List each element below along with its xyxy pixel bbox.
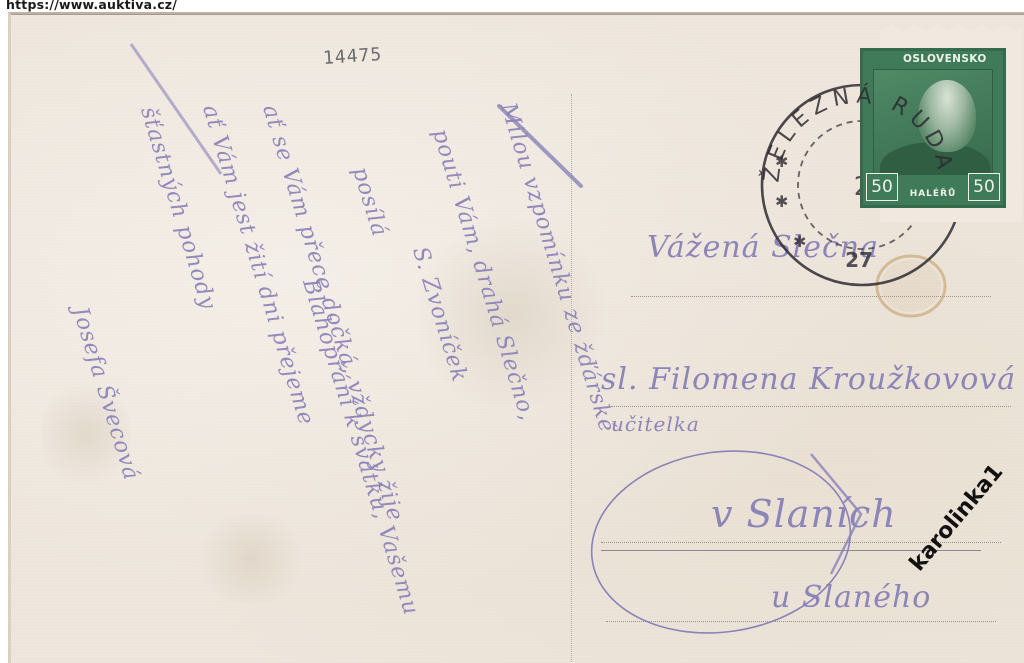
- svg-text:✱: ✱: [775, 192, 788, 211]
- svg-text:✱: ✱: [775, 152, 788, 171]
- svg-text:27: 27: [845, 248, 873, 272]
- stamp-value: 50: [968, 173, 1000, 201]
- svg-text:✱: ✱: [793, 232, 806, 251]
- source-url-label: https://www.auktiva.cz/: [6, 0, 177, 12]
- postmark-text: ŽELEZNÁ RUDA 27 ✱ ✱ ✱: [753, 77, 965, 289]
- stamp-country: OSLOVENSKO: [903, 53, 987, 65]
